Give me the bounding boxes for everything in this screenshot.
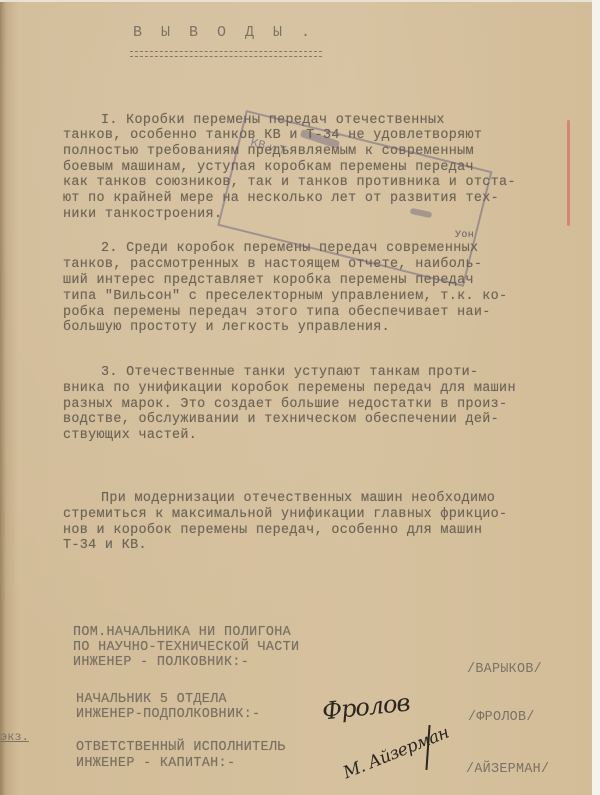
paragraph-line: ший интерес представляет коробка перемен… (63, 273, 474, 289)
paragraph-line: 3. Отечественные танки уступают танкам п… (101, 365, 478, 381)
paragraph-line: большую простоту и легкость управления. (63, 320, 390, 336)
signatory-title: ПОМ.НАЧАЛЬНИКА НИ ПОЛИГОНА (73, 625, 291, 641)
paragraph-line: 2. Среди коробок перемены передач соврем… (101, 241, 478, 257)
signatory-title: ИНЖЕНЕР - КАПИТАН:- (76, 756, 235, 772)
signatory-name: /ВАРЫКОВ/ (467, 662, 542, 677)
signatory-title: НАЧАЛЬНИК 5 ОТДЕЛА (76, 692, 227, 708)
paragraph-line: ники танкостроения. (63, 207, 222, 223)
paragraph-line: водстве, обслуживании и техническом обес… (63, 412, 499, 428)
paragraph-line: ствующих частей. (63, 428, 197, 444)
stamp-fragment: Уон (455, 228, 474, 244)
handwritten-signature: М. Айзерман (340, 723, 452, 784)
paragraph-line: как танков союзников, так и танков проти… (63, 175, 516, 191)
stamp-ink-blot (410, 208, 433, 218)
paragraph-line: разных марок. Это создает большие недост… (63, 397, 507, 413)
paragraph-line: вника по унификации коробок перемены пер… (63, 381, 516, 397)
paragraph-line: боевым машинам, уступая коробкам перемен… (63, 160, 474, 176)
signatory-name: /АЙЗЕРМАН/ (466, 762, 549, 777)
document-page: ВЫВОДЫ. I. Коробки перемены передач отеч… (0, 0, 592, 795)
signatory-title: ИНЖЕНЕР-ПОДПОЛКОВНИК:- (76, 707, 261, 723)
signatory-title: ПО НАУЧНО-ТЕХНИЧЕСКОЙ ЧАСТИ (73, 640, 299, 656)
paragraph-line: стремиться к максимальной унификации гла… (63, 507, 507, 523)
signatory-title: ОТВЕТСТВЕННЫЙ ИСПОЛНИТЕЛЬ (76, 740, 286, 756)
paragraph-line: танков, рассмотренных в настоящем отчете… (63, 257, 482, 273)
paragraph-line: Т-34 и КВ. (63, 538, 147, 554)
handwritten-signature: Фролов (321, 689, 411, 726)
paragraph-line: При модернизации отечественных машин нео… (101, 491, 495, 507)
paragraph-line: I. Коробки перемены передач отечественны… (101, 113, 445, 129)
paragraph-line: ют по крайней мере на несколько лет от р… (63, 191, 499, 207)
paragraph-line: робка перемены передач этого типа обеспе… (63, 305, 491, 321)
document-title: ВЫВОДЫ. (133, 24, 329, 41)
red-margin-mark (567, 120, 570, 226)
paragraph-line: типа "Вильсон" с преселекторным управлен… (63, 289, 507, 305)
margin-note: экз. (0, 730, 29, 744)
paragraph-line: нов и коробок перемены передач, особенно… (63, 523, 482, 539)
signatory-title: ИНЖЕНЕР - ПОЛКОВНИК:- (73, 655, 249, 671)
title-underline (130, 51, 322, 57)
signatory-name: /ФРОЛОВ/ (468, 710, 535, 725)
